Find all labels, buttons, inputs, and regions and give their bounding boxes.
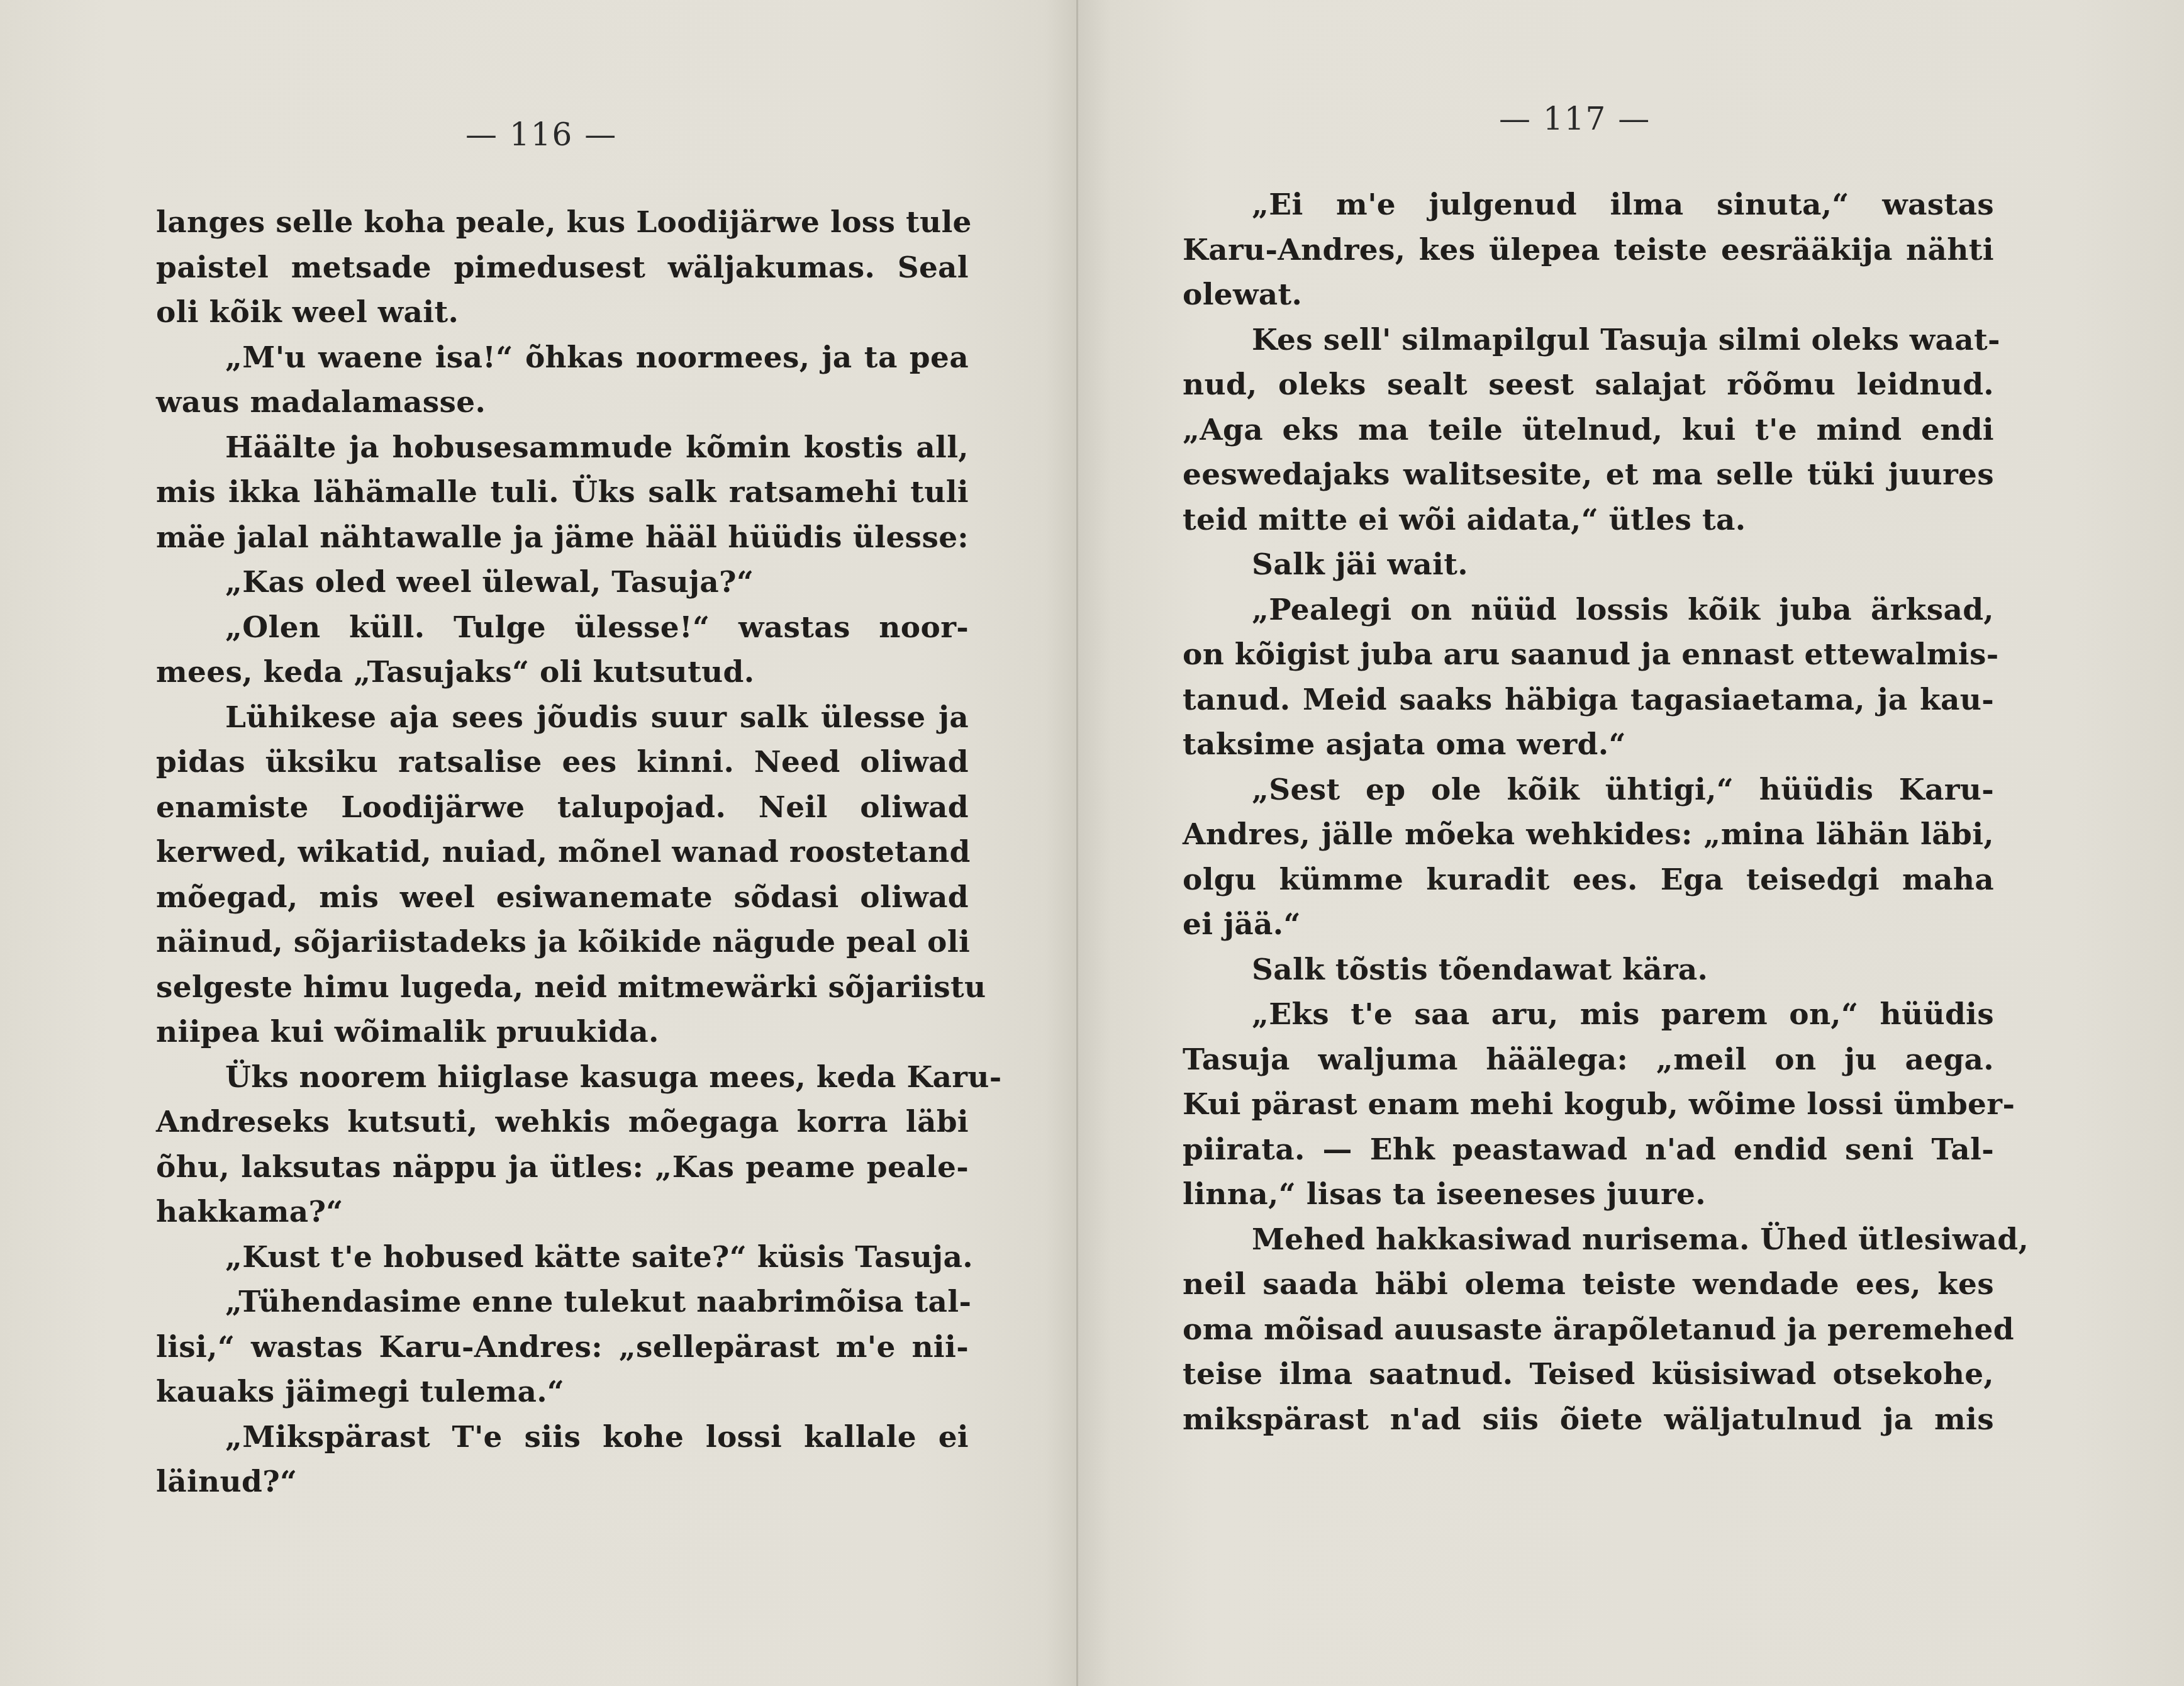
text-line: oma mõisad auusaste ärapõletanud ja pere… bbox=[1183, 1307, 1994, 1353]
book-gutter bbox=[1076, 0, 1078, 1686]
text-line: „Aga eks ma teile ütelnud, kui t'e mind … bbox=[1183, 408, 1994, 453]
text-line: Kui pärast enam mehi kogub, wõime lossi … bbox=[1183, 1082, 1994, 1127]
text-line: läinud?“ bbox=[156, 1460, 969, 1505]
book-spread: — 116 — langes selle koha peale, kus Loo… bbox=[0, 0, 2184, 1686]
text-line: Andreseks kutsuti, wehkis mõegaga korra … bbox=[156, 1100, 969, 1145]
text-line: „M'u waene isa!“ õhkas noormees, ja ta p… bbox=[156, 335, 969, 381]
text-line: neil saada häbi olema teiste wendade ees… bbox=[1183, 1262, 1994, 1307]
text-line: „Kust t'e hobused kätte saite?“ küsis Ta… bbox=[156, 1235, 969, 1280]
text-line: „Pealegi on nüüd lossis kõik juba ärksad… bbox=[1183, 588, 1994, 633]
text-line: mõegad, mis weel esiwanemate sõdasi oliw… bbox=[156, 875, 969, 920]
text-line: Andres, jälle mõeka wehkides: „mina lähä… bbox=[1183, 812, 1994, 857]
text-line: ei jää.“ bbox=[1183, 902, 1994, 947]
text-line: „Mikspärast T'e siis kohe lossi kallale … bbox=[156, 1415, 969, 1460]
text-line: mees, keda „Tasujaks“ oli kutsutud. bbox=[156, 650, 969, 695]
text-line: kauaks jäimegi tulema.“ bbox=[156, 1370, 969, 1415]
text-line: näinud, sõjariistadeks ja kõikide nägude… bbox=[156, 920, 969, 965]
text-line: Lühikese aja sees jõudis suur salk üless… bbox=[156, 695, 969, 740]
text-line: „Olen küll. Tulge ülesse!“ wastas noor- bbox=[156, 605, 969, 650]
text-line: enamiste Loodijärwe talupojad. Neil oliw… bbox=[156, 785, 969, 830]
left-page: — 116 — langes selle koha peale, kus Loo… bbox=[0, 0, 1078, 1686]
text-line: taksime asjata oma werd.“ bbox=[1183, 722, 1994, 768]
text-line: kerwed, wikatid, nuiad, mõnel wanad roos… bbox=[156, 830, 969, 875]
text-line: niipea kui wõimalik pruukida. bbox=[156, 1010, 969, 1055]
text-line: pidas üksiku ratsalise ees kinni. Need o… bbox=[156, 740, 969, 785]
text-line: olewat. bbox=[1183, 272, 1994, 318]
text-line: olgu kümme kuradit ees. Ega teisedgi mah… bbox=[1183, 857, 1994, 903]
left-page-text: langes selle koha peale, kus Loodijärwe … bbox=[156, 200, 969, 1505]
text-line: Tasuja waljuma häälega: „meil on ju aega… bbox=[1183, 1037, 1994, 1083]
text-line: oli kõik weel wait. bbox=[156, 290, 969, 335]
text-line: lisi,“ wastas Karu-Andres: „sellepärast … bbox=[156, 1325, 969, 1370]
right-page-text: „Ei m'e julgenud ilma sinuta,“ wastasKar… bbox=[1183, 182, 1994, 1442]
text-line: tanud. Meid saaks häbiga tagasiaetama, j… bbox=[1183, 678, 1994, 723]
text-line: on kõigist juba aru saanud ja ennast ett… bbox=[1183, 632, 1994, 678]
text-line: langes selle koha peale, kus Loodijärwe … bbox=[156, 200, 969, 245]
text-line: mis ikka lähämalle tuli. Üks salk ratsam… bbox=[156, 470, 969, 515]
text-line: mäe jalal nähtawalle ja jäme hääl hüüdis… bbox=[156, 515, 969, 561]
text-line: „Tühendasime enne tulekut naabrimõisa ta… bbox=[156, 1280, 969, 1325]
text-line: Karu-Andres, kes ülepea teiste eesrääkij… bbox=[1183, 228, 1994, 273]
text-line: teid mitte ei wõi aidata,“ ütles ta. bbox=[1183, 498, 1994, 543]
text-line: Kes sell' silmapilgul Tasuja silmi oleks… bbox=[1183, 318, 1994, 363]
text-line: Üks noorem hiiglase kasuga mees, keda Ka… bbox=[156, 1055, 969, 1100]
text-line: piirata. — Ehk peastawad n'ad endid seni… bbox=[1183, 1127, 1994, 1173]
text-line: mikspärast n'ad siis õiete wäljatulnud j… bbox=[1183, 1397, 1994, 1443]
text-line: paistel metsade pimedusest wäljakumas. S… bbox=[156, 245, 969, 291]
text-line: selgeste himu lugeda, neid mitmewärki sõ… bbox=[156, 965, 969, 1010]
page-number-left: — 116 — bbox=[465, 116, 617, 153]
text-line: õhu, laksutas näppu ja ütles: „Kas peame… bbox=[156, 1145, 969, 1190]
text-line: teise ilma saatnud. Teised küsisiwad ots… bbox=[1183, 1352, 1994, 1397]
right-page: — 117 — „Ei m'e julgenud ilma sinuta,“ w… bbox=[1078, 0, 2184, 1686]
page-number-right: — 117 — bbox=[1499, 101, 1651, 137]
text-line: hakkama?“ bbox=[156, 1190, 969, 1235]
text-line: eeswedajaks walitsesite, et ma selle tük… bbox=[1183, 452, 1994, 498]
text-line: nud, oleks sealt seest salajat rõõmu lei… bbox=[1183, 362, 1994, 408]
text-line: Häälte ja hobusesammude kõmin kostis all… bbox=[156, 425, 969, 471]
text-line: Salk tõstis tõendawat kära. bbox=[1183, 947, 1994, 993]
text-line: „Sest ep ole kõik ühtigi,“ hüüdis Karu- bbox=[1183, 768, 1994, 813]
text-line: waus madalamasse. bbox=[156, 380, 969, 425]
text-line: „Ei m'e julgenud ilma sinuta,“ wastas bbox=[1183, 182, 1994, 228]
text-line: „Eks t'e saa aru, mis parem on,“ hüüdis bbox=[1183, 992, 1994, 1037]
text-line: „Kas oled weel ülewal, Tasuja?“ bbox=[156, 560, 969, 605]
text-line: Salk jäi wait. bbox=[1183, 542, 1994, 588]
text-line: Mehed hakkasiwad nurisema. Ühed ütlesiwa… bbox=[1183, 1217, 1994, 1263]
text-line: linna,“ lisas ta iseeneses juure. bbox=[1183, 1172, 1994, 1217]
